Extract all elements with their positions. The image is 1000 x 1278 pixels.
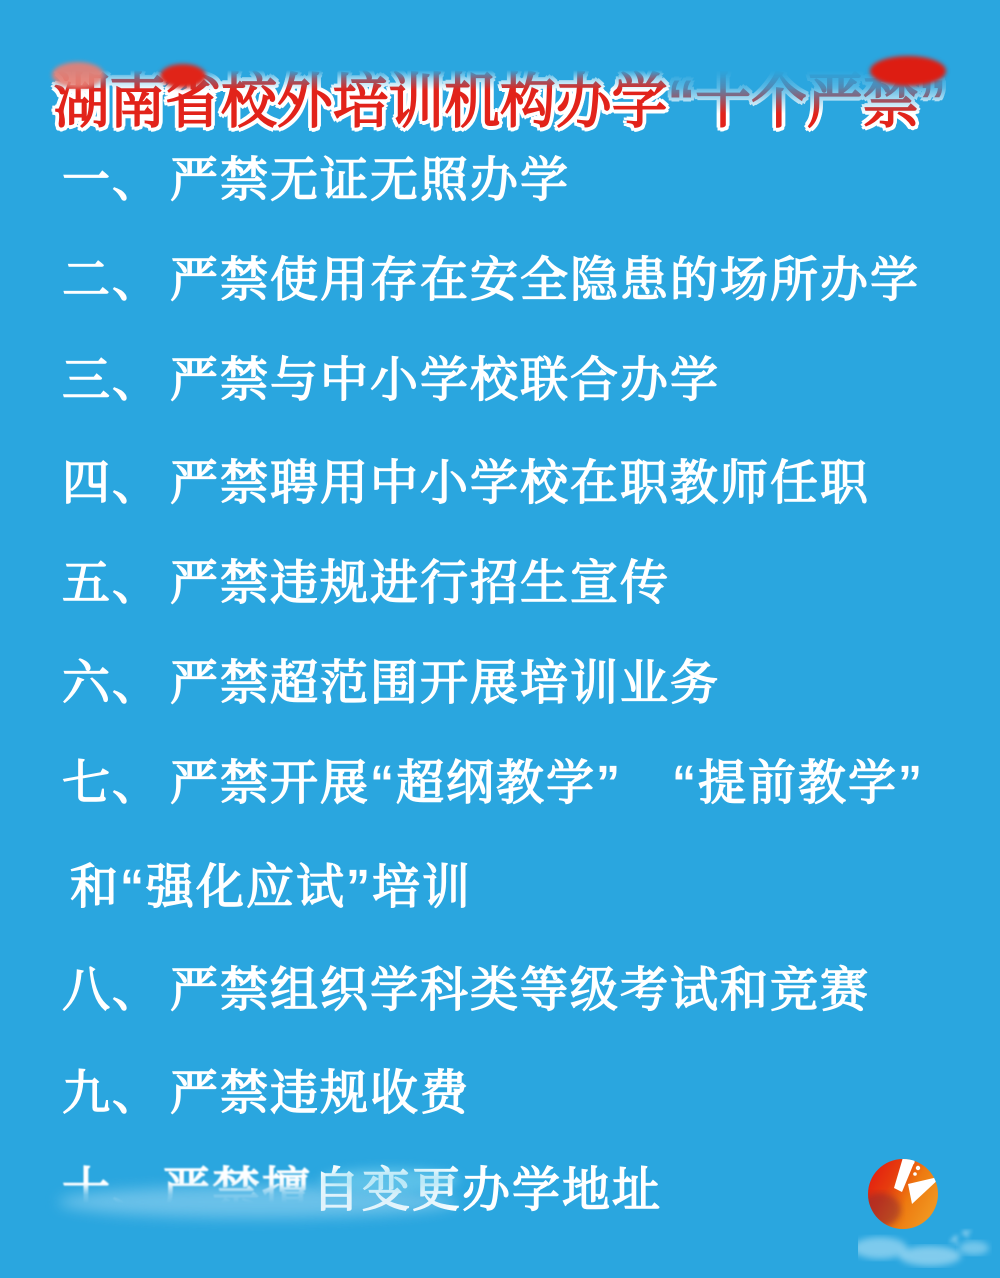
list-item: 十、严禁擅自变更办学地址 bbox=[62, 1165, 662, 1218]
list-item-faded-text: 十、严禁擅 bbox=[62, 1164, 312, 1217]
list-item: 一、严禁无证无照办学 bbox=[62, 155, 570, 208]
list-item-number: 三、 bbox=[62, 354, 162, 407]
list-item: 九、严禁违规收费 bbox=[62, 1068, 470, 1121]
list-item-text: 和“强化应试”培训 bbox=[70, 861, 472, 914]
list-item-text: 严禁违规进行招生宣传 bbox=[170, 557, 670, 610]
list-item-text: 严禁与中小学校联合办学 bbox=[170, 354, 720, 407]
poster: 湖南省校外培训机构办学“十个严禁” 一、严禁无证无照办学 二、严禁使用存在安全隐… bbox=[0, 0, 1000, 1278]
list-item-number: 七、 bbox=[62, 757, 162, 810]
list-item-number: 八、 bbox=[62, 964, 162, 1017]
list-item: 六、严禁超范围开展培训业务 bbox=[62, 658, 720, 711]
publisher-logo bbox=[858, 1146, 998, 1278]
list-item-text: 严禁组织学科类等级考试和竞赛 bbox=[170, 964, 870, 1017]
list-item-number: 六、 bbox=[62, 657, 162, 710]
watermark-artifact-blob bbox=[52, 62, 104, 88]
list-item-number: 四、 bbox=[62, 457, 162, 510]
list-item-number: 五、 bbox=[62, 557, 162, 610]
list-item: 三、严禁与中小学校联合办学 bbox=[62, 355, 720, 408]
list-item-text: 自变更办学地址 bbox=[312, 1164, 662, 1217]
list-item-number: 一、 bbox=[62, 154, 162, 207]
list-item-text: 严禁超范围开展培训业务 bbox=[170, 657, 720, 710]
list-item-text: 严禁违规收费 bbox=[170, 1067, 470, 1120]
logo-watermark-smudges bbox=[858, 1230, 989, 1266]
list-item: 八、严禁组织学科类等级考试和竞赛 bbox=[62, 965, 870, 1018]
list-item-number: 二、 bbox=[62, 254, 162, 307]
list-item: 二、严禁使用存在安全隐患的场所办学 bbox=[62, 255, 920, 308]
list-item-text: 严禁聘用中小学校在职教师任职 bbox=[170, 457, 870, 510]
list-item-continuation: 和“强化应试”培训 bbox=[62, 862, 472, 915]
list-item: 四、严禁聘用中小学校在职教师任职 bbox=[62, 458, 870, 511]
title-prefix: 湖南省校外培训机构办学 bbox=[54, 68, 668, 135]
list-item: 五、严禁违规进行招生宣传 bbox=[62, 558, 670, 611]
watermark-artifact-blob bbox=[160, 64, 206, 88]
list-item-text: 严禁开展“超纲教学” “提前教学” bbox=[170, 757, 924, 810]
watermark-artifact-blob bbox=[870, 56, 946, 86]
list-item: 七、严禁开展“超纲教学” “提前教学” bbox=[62, 758, 924, 811]
list-item-text: 严禁无证无照办学 bbox=[170, 154, 570, 207]
list-item-text: 严禁使用存在安全隐患的场所办学 bbox=[170, 254, 920, 307]
list-item-number: 九、 bbox=[62, 1067, 162, 1120]
